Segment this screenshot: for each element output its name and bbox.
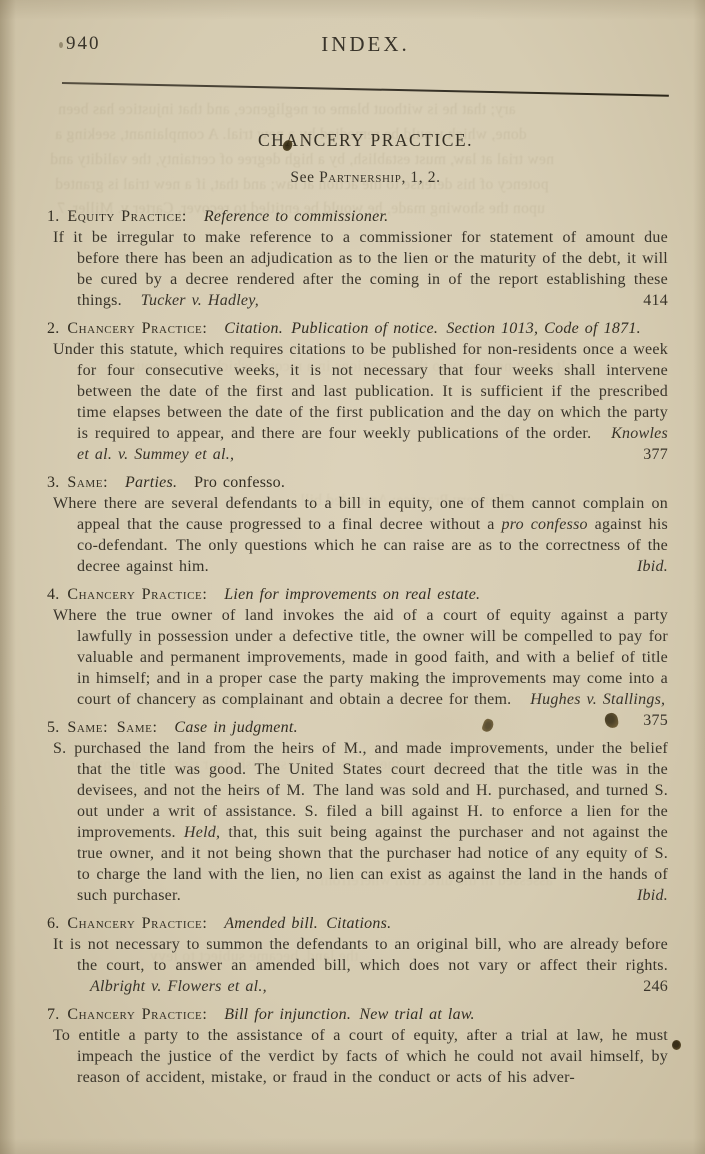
entry-page-ref: 414 [667, 290, 668, 311]
entry-body: Under this statute, which requires citat… [47, 339, 668, 465]
section-title: CHANCERY PRACTICE. [63, 130, 668, 151]
entry-descriptor-italic: Parties. [125, 474, 177, 491]
entry-body-italic: pro confesso [501, 516, 587, 533]
entry-number: 7. [47, 1006, 60, 1023]
entry-body-text: To entitle a party to the assistance of … [53, 1027, 668, 1086]
entry-number: 5. [47, 719, 60, 736]
entry-body: Where the true owner of land invokes the… [47, 605, 668, 710]
ink-speck [59, 42, 63, 48]
foxing-spot [672, 1040, 681, 1050]
entry-number: 4. [47, 586, 60, 603]
running-head-title: INDEX. [63, 32, 668, 57]
entry-number: 1. [47, 208, 60, 225]
entry-body: It is not necessary to summon the defend… [47, 934, 668, 997]
entry-page-ref: 246 [667, 976, 668, 997]
entry-number: 3. [47, 474, 60, 491]
entry-descriptor-italic: Reference to commissioner. [204, 208, 389, 225]
entry-descriptor-roman: Pro confesso. [194, 474, 285, 491]
entry-body-italic: Held, [184, 824, 220, 841]
entry-heading: 3. Same: Parties. Pro confesso. [47, 472, 668, 493]
entry-body: If it be irregular to make reference to … [47, 227, 668, 311]
entry-label: Equity Practice: [67, 208, 187, 225]
entry-page-ref: Ibid. [661, 556, 668, 577]
index-entry: 2. Chancery Practice: Citation. Publicat… [47, 318, 668, 465]
entry-heading: 4. Chancery Practice: Lien for improveme… [47, 584, 668, 605]
index-entry: 5. Same: Same: Case in judgment. S. purc… [47, 717, 668, 906]
header-rule [62, 82, 669, 97]
entry-case-citation: Albright v. Flowers et al., [90, 978, 267, 995]
index-entry: 4. Chancery Practice: Lien for improveme… [47, 584, 668, 710]
entries: 1. Equity Practice: Reference to commiss… [47, 206, 668, 1088]
entry-label: Chancery Practice: [67, 1006, 207, 1023]
entry-label: Chancery Practice: [67, 320, 207, 337]
entry-page-ref: Ibid. [661, 885, 668, 906]
cross-reference-target: Partnership, 1, 2. [319, 169, 440, 186]
entry-body-text: Under this statute, which requires citat… [53, 341, 668, 442]
entry-heading: 7. Chancery Practice: Bill for injunctio… [47, 1004, 668, 1025]
entry-descriptor-italic: Amended bill. Citations. [224, 915, 391, 932]
page-content: 940 INDEX. CHANCERY PRACTICE. See Partne… [0, 0, 705, 1154]
entry-descriptor-italic: Citation. Publication of notice. Section… [224, 320, 641, 337]
entry-label: Chancery Practice: [67, 586, 207, 603]
entry-body: Where there are several defendants to a … [47, 493, 668, 577]
entry-page-ref: 375 [667, 710, 668, 731]
entry-case-citation: Tucker v. Hadley, [141, 292, 259, 309]
scanned-book-page: ary; that he is without blame or neglige… [0, 0, 705, 1154]
entry-page-ref: 377 [667, 444, 668, 465]
entry-body: S. purchased the land from the heirs of … [47, 738, 668, 906]
entry-body-text: It is not necessary to summon the defend… [53, 936, 668, 974]
index-entry: 7. Chancery Practice: Bill for injunctio… [47, 1004, 668, 1088]
entry-descriptor-italic: Bill for injunction. New trial at law. [224, 1006, 475, 1023]
entry-label: Same: Same: [67, 719, 157, 736]
entry-descriptor-italic: Case in judgment. [174, 719, 297, 736]
index-entry: 6. Chancery Practice: Amended bill. Cita… [47, 913, 668, 997]
cross-reference-prefix: See [290, 169, 319, 186]
index-entry: 1. Equity Practice: Reference to commiss… [47, 206, 668, 311]
entry-case-citation: Hughes v. Stallings, [530, 691, 665, 708]
entry-heading: 5. Same: Same: Case in judgment. [47, 717, 668, 738]
entry-number: 6. [47, 915, 60, 932]
entry-label: Same: [67, 474, 108, 491]
index-entry: 3. Same: Parties. Pro confesso. Where th… [47, 472, 668, 577]
entry-body: To entitle a party to the assistance of … [47, 1025, 668, 1088]
cross-reference: See Partnership, 1, 2. [63, 169, 668, 187]
entry-label: Chancery Practice: [67, 915, 207, 932]
entry-heading: 2. Chancery Practice: Citation. Publicat… [47, 318, 668, 339]
entry-heading: 1. Equity Practice: Reference to commiss… [47, 206, 668, 227]
entry-descriptor-italic: Lien for improvements on real estate. [224, 586, 480, 603]
entry-number: 2. [47, 320, 60, 337]
entry-heading: 6. Chancery Practice: Amended bill. Cita… [47, 913, 668, 934]
